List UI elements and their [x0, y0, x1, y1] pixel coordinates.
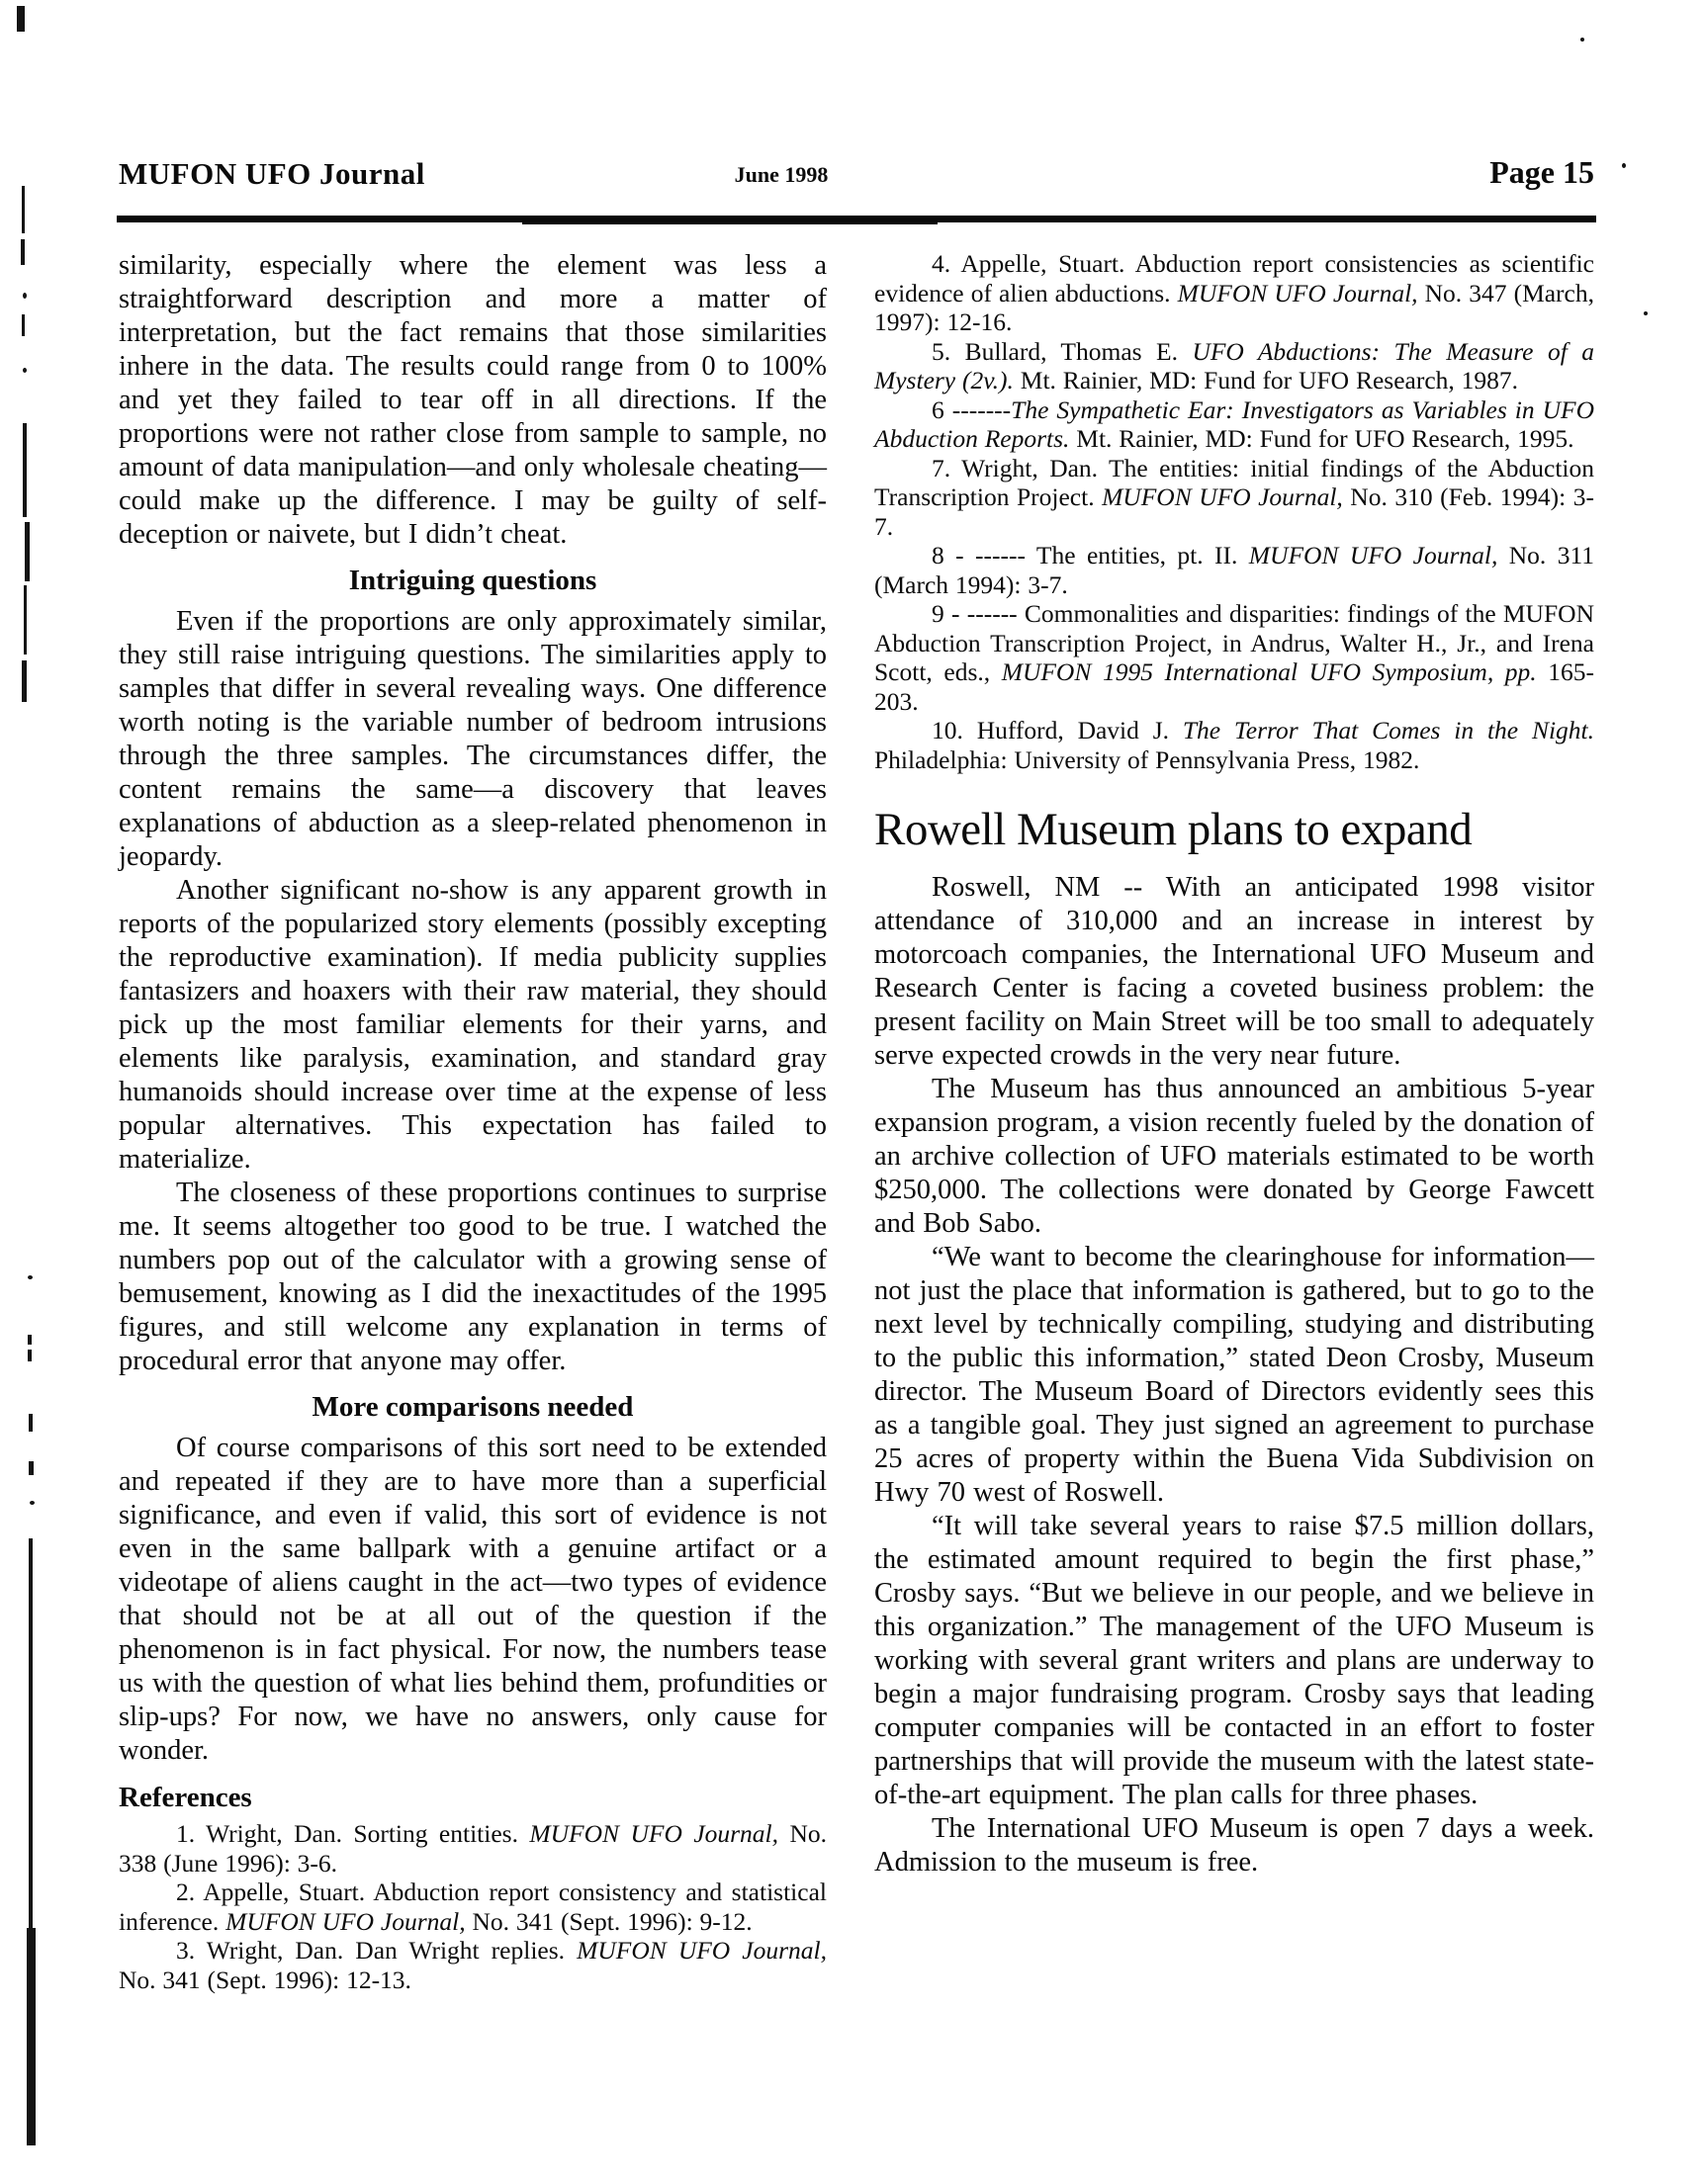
article-paragraph: “We want to become the clearinghouse for…: [874, 1241, 1594, 1510]
body-paragraph: Another significant no-show is any appar…: [119, 874, 827, 1177]
reference-item: 7. Wright, Dan. The entities: initial fi…: [874, 454, 1594, 542]
scan-artifact: [22, 186, 25, 233]
article-paragraph: The International UFO Museum is open 7 d…: [874, 1812, 1594, 1879]
scan-artifact: [27, 1928, 36, 2145]
article-paragraph: “It will take several years to raise $7.…: [874, 1510, 1594, 1812]
reference-item: 8 - ------ The entities, pt. II. MUFON U…: [874, 541, 1594, 599]
scan-artifact: [28, 1350, 32, 1361]
scan-artifact: [24, 585, 27, 655]
article-paragraph: The Museum has thus announced an ambitio…: [874, 1073, 1594, 1241]
article-paragraph: Roswell, NM -- With an anticipated 1998 …: [874, 871, 1594, 1073]
scan-artifact: [17, 6, 25, 32]
reference-item: 5. Bullard, Thomas E. UFO Abductions: Th…: [874, 337, 1594, 395]
reference-item: 9 - ------ Commonalities and disparities…: [874, 599, 1594, 716]
article-headline: Rowell Museum plans to expand: [874, 804, 1594, 855]
scan-artifact: [1622, 163, 1626, 168]
header-rule: [117, 216, 1596, 222]
scanned-journal-page: MUFON UFO Journal June 1998 Page 15 simi…: [0, 0, 1704, 2184]
right-column: 4. Appelle, Stuart. Abduction report con…: [874, 249, 1594, 1879]
body-paragraph: Of course comparisons of this sort need …: [119, 1432, 827, 1768]
section-heading-intriguing-questions: Intriguing questions: [119, 564, 827, 597]
body-paragraph: The closeness of these proportions conti…: [119, 1177, 827, 1378]
scan-artifact: [25, 522, 30, 581]
page-number: Page 15: [1489, 154, 1594, 191]
section-heading-more-comparisons: More comparisons needed: [119, 1390, 827, 1424]
journal-title: MUFON UFO Journal: [119, 156, 425, 192]
reference-item: 6 -------The Sympathetic Ear: Investigat…: [874, 395, 1594, 454]
scan-artifact: [1580, 38, 1584, 42]
scan-artifact: [29, 1414, 33, 1432]
reference-item: 1. Wright, Dan. Sorting entities. MUFON …: [119, 1819, 827, 1878]
scan-artifact: [22, 314, 25, 336]
scan-artifact: [28, 1275, 33, 1279]
reference-item: 3. Wright, Dan. Dan Wright replies. MUFO…: [119, 1936, 827, 1994]
issue-date: June 1998: [593, 162, 969, 188]
page-header: MUFON UFO Journal June 1998 Page 15: [119, 150, 1594, 204]
scan-artifact: [28, 1335, 32, 1345]
scan-artifact: [23, 368, 27, 373]
scan-artifact: [29, 1538, 33, 1934]
scan-artifact: [23, 423, 27, 517]
scan-artifact: [30, 1501, 35, 1505]
scan-artifact: [23, 293, 27, 299]
reference-item: 10. Hufford, David J. The Terror That Co…: [874, 716, 1594, 774]
reference-item: 2. Appelle, Stuart. Abduction report con…: [119, 1878, 827, 1936]
scan-artifact: [22, 660, 27, 702]
reference-item: 4. Appelle, Stuart. Abduction report con…: [874, 249, 1594, 337]
scan-artifact: [29, 1461, 34, 1475]
scan-artifact: [21, 239, 25, 265]
scan-artifact: [1644, 311, 1648, 315]
references-heading: References: [119, 1782, 827, 1813]
body-paragraph: similarity, especially where the element…: [119, 249, 827, 552]
left-column: similarity, especially where the element…: [119, 249, 827, 1994]
body-paragraph: Even if the proportions are only approxi…: [119, 605, 827, 874]
